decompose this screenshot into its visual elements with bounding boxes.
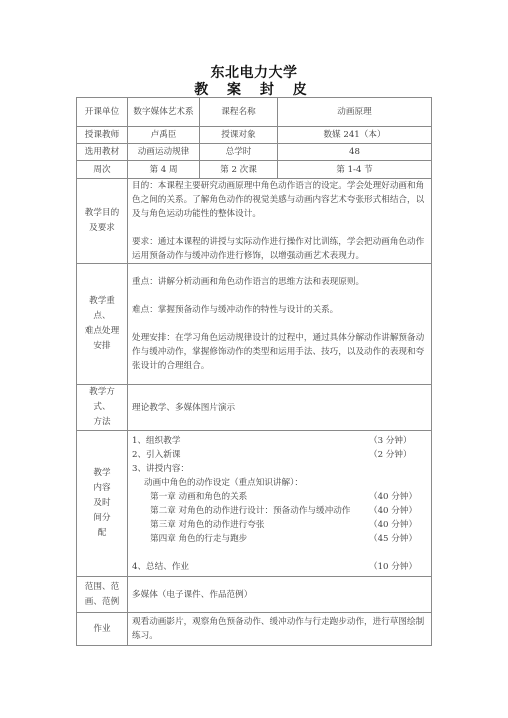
materials-label-line2: 画、范例 <box>81 595 123 610</box>
schedule-item: 第一章 动画和角色的关系 （40 分钟） <box>132 490 427 504</box>
schedule-item-time <box>369 476 427 490</box>
schedule-item-text: 第一章 动画和角色的关系 <box>150 490 247 504</box>
schedule-item-time: （40 分钟） <box>369 504 427 518</box>
schedule-item: 动画中角色的动作设定（重点知识讲解）： <box>132 476 427 490</box>
materials-label-line1: 范围、范 <box>81 580 123 595</box>
schedule-item-text: 动画中角色的动作设定（重点知识讲解）： <box>144 476 303 490</box>
page-title: 教 案 封 皮 <box>0 79 508 99</box>
schedule-item-text: 第四章 角色的行走与跑步 <box>150 532 247 546</box>
schedule-item: 第三章 对角色的动作进行夸张 （40 分钟） <box>132 518 427 532</box>
schedule-item-text: 4、总结、作业 <box>132 560 189 574</box>
schedule-item: 2、引入新课 （2 分钟） <box>132 448 427 462</box>
schedule-item-time: （45 分钟） <box>369 532 427 546</box>
row-teacher: 授课教师 卢禹臣 授课对象 数媒 241（本） <box>77 127 432 144</box>
schedule-item-time: （10 分钟） <box>369 560 427 574</box>
textbook-value: 动画运动规律 <box>128 144 200 161</box>
hours-value: 48 <box>278 144 432 161</box>
key-points-label: 教学重点、 难点处理 安排 <box>77 264 128 385</box>
objectives-label-line1: 教学目的 <box>81 206 123 221</box>
content-label-line: 配 <box>81 526 123 541</box>
key-points-label-line3: 安排 <box>81 339 123 354</box>
schedule-item: 第二章 对角色的动作进行设计：预备动作与缓冲动作 （40 分钟） <box>132 504 427 518</box>
key-points-focus: 重点：讲解分析动画和角色动作语言的思维方法和表现原则。 <box>132 275 427 289</box>
hours-label: 总学时 <box>200 144 278 161</box>
audience-label: 授课对象 <box>200 127 278 144</box>
periods-value: 第 1-4 节 <box>278 161 432 179</box>
row-week: 周次 第 4 周 第 2 次课 第 1-4 节 <box>77 161 432 179</box>
schedule-item-time: （2 分钟） <box>369 448 427 462</box>
row-key-points: 教学重点、 难点处理 安排 重点：讲解分析动画和角色动作语言的思维方法和表现原则… <box>77 264 432 385</box>
homework-value: 观看动画影片，观察角色预备动作、缓冲动作与行走跑步动作，进行草图绘制练习。 <box>128 613 432 646</box>
teacher-value: 卢禹臣 <box>128 127 200 144</box>
methods-label-line2: 方法 <box>81 415 123 430</box>
schedule-item-text: 第三章 对角色的动作进行夸张 <box>150 518 264 532</box>
row-methods: 教学方式、 方法 理论教学、多媒体图片演示 <box>77 385 432 431</box>
schedule-item-time: （40 分钟） <box>369 490 427 504</box>
content-label-line: 教学 <box>81 466 123 481</box>
row-textbook: 选用教材 动画运动规律 总学时 48 <box>77 144 432 161</box>
content-label: 教学 内容 及时 间分 配 <box>77 431 128 577</box>
methods-label-line1: 教学方式、 <box>81 385 123 415</box>
objectives-purpose: 目的：本课程主要研究动画原理中角色动作语言的设定。学会处理好动画和角色之间的关系… <box>132 179 427 221</box>
schedule-item: 1、组织教学 （3 分钟） <box>132 434 427 448</box>
course-value: 动画原理 <box>278 98 432 127</box>
row-materials: 范围、范 画、范例 多媒体（电子课件、作品范例） <box>77 577 432 613</box>
row-objectives: 教学目的 及要求 目的：本课程主要研究动画原理中角色动作语言的设定。学会处理好动… <box>77 179 432 264</box>
materials-value: 多媒体（电子课件、作品范例） <box>128 577 432 613</box>
schedule-item-time: （40 分钟） <box>369 518 427 532</box>
objectives-content: 目的：本课程主要研究动画原理中角色动作语言的设定。学会处理好动画和角色之间的关系… <box>128 179 432 264</box>
schedule-item: 第四章 角色的行走与跑步 （45 分钟） <box>132 532 427 546</box>
row-content-schedule: 教学 内容 及时 间分 配 1、组织教学 （3 分钟） 2、引入新课 （2 分钟… <box>77 431 432 577</box>
schedule-item-text: 2、引入新课 <box>132 448 180 462</box>
schedule-item-text: 1、组织教学 <box>132 434 180 448</box>
content-schedule: 1、组织教学 （3 分钟） 2、引入新课 （2 分钟） 3、讲授内容： 动画中角… <box>128 431 432 577</box>
lesson-cover-table: 开课单位 数字媒体艺术系 课程名称 动画原理 授课教师 卢禹臣 授课对象 数媒 … <box>76 97 432 646</box>
content-label-line: 间分 <box>81 511 123 526</box>
methods-label: 教学方式、 方法 <box>77 385 128 431</box>
schedule-item-text: 第二章 对角色的动作进行设计：预备动作与缓冲动作 <box>150 504 350 518</box>
dept-label: 开课单位 <box>77 98 128 127</box>
key-points-label-line1: 教学重点、 <box>81 294 123 324</box>
homework-label: 作业 <box>77 613 128 646</box>
content-label-line: 内容 <box>81 481 123 496</box>
key-points-content: 重点：讲解分析动画和角色动作语言的思维方法和表现原则。 难点：掌握预备动作与缓冲… <box>128 264 432 385</box>
schedule-item: 4、总结、作业 （10 分钟） <box>132 560 427 574</box>
textbook-label: 选用教材 <box>77 144 128 161</box>
key-points-arrangement: 处理安排：在学习角色运动规律设计的过程中，通过具体分解动作讲解预备动作与缓冲动作… <box>132 331 427 373</box>
schedule-item-text: 3、讲授内容： <box>132 462 189 476</box>
key-points-label-line2: 难点处理 <box>81 324 123 339</box>
dept-value: 数字媒体艺术系 <box>128 98 200 127</box>
row-homework: 作业 观看动画影片，观察角色预备动作、缓冲动作与行走跑步动作，进行草图绘制练习。 <box>77 613 432 646</box>
schedule-item-time: （3 分钟） <box>369 434 427 448</box>
week-label: 周次 <box>77 161 128 179</box>
schedule-item-time <box>369 462 427 476</box>
course-label: 课程名称 <box>200 98 278 127</box>
week-value: 第 4 周 <box>128 161 200 179</box>
methods-value: 理论教学、多媒体图片演示 <box>128 385 432 431</box>
content-label-line: 及时 <box>81 496 123 511</box>
materials-label: 范围、范 画、范例 <box>77 577 128 613</box>
key-points-difficulty: 难点：掌握预备动作与缓冲动作的特性与设计的关系。 <box>132 303 427 317</box>
session-value: 第 2 次课 <box>200 161 278 179</box>
row-department: 开课单位 数字媒体艺术系 课程名称 动画原理 <box>77 98 432 127</box>
objectives-label-line2: 及要求 <box>81 221 123 236</box>
audience-value: 数媒 241（本） <box>278 127 432 144</box>
teacher-label: 授课教师 <box>77 127 128 144</box>
objectives-label: 教学目的 及要求 <box>77 179 128 264</box>
objectives-requirement: 要求：通过本课程的讲授与实际动作进行操作对比训练，学会把动画角色动作运用预备动作… <box>132 235 427 263</box>
schedule-item: 3、讲授内容： <box>132 462 427 476</box>
